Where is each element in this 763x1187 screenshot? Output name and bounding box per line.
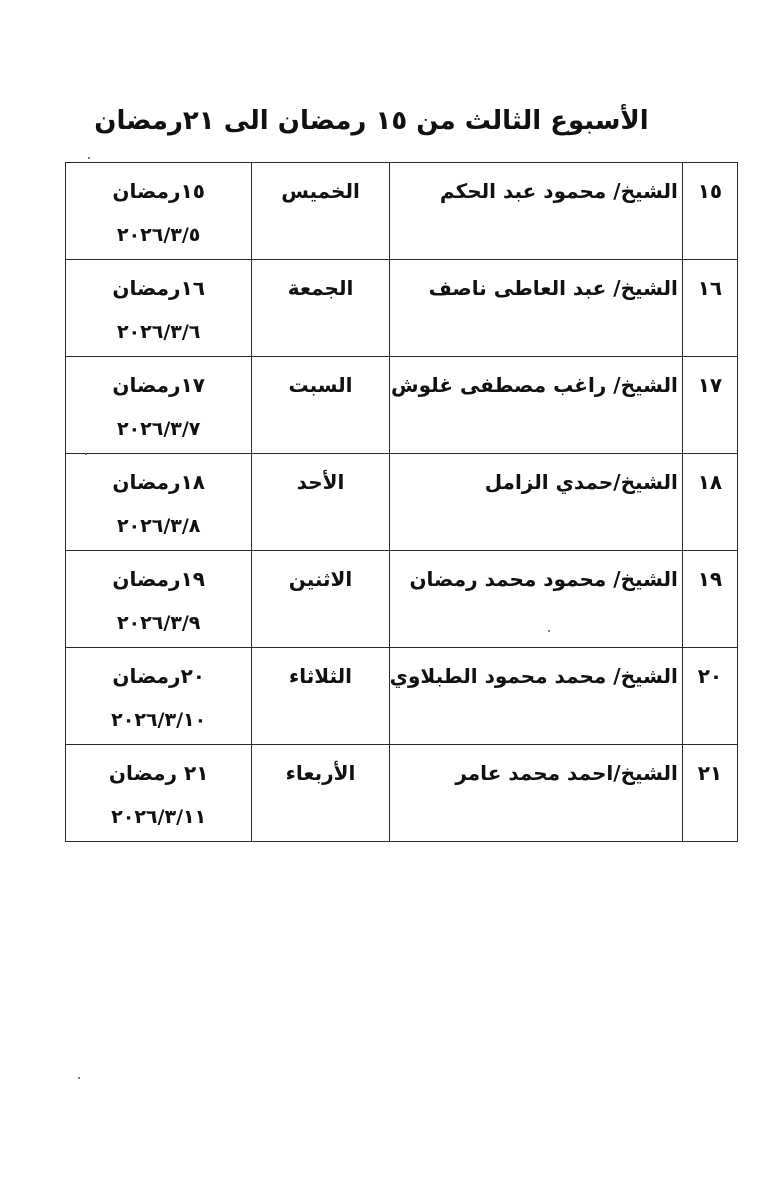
date-cell: ١٩رمضان ٢٠٢٦/٣/٩: [66, 551, 252, 648]
reciter-name: الشيخ/ محمود عبد الحكم: [389, 163, 682, 260]
reciter-name: الشيخ/ محمود محمد رمضان: [389, 551, 682, 648]
day-name: الأحد: [252, 454, 389, 551]
table-row: ٢١ الشيخ/احمد محمد عامر الأربعاء ٢١ رمضا…: [66, 745, 738, 842]
row-number: ٢١: [682, 745, 737, 842]
date-cell: ٢٠رمضان ٢٠٢٦/٣/١٠: [66, 648, 252, 745]
table-row: ١٩ الشيخ/ محمود محمد رمضان الاثنين ١٩رمض…: [66, 551, 738, 648]
row-number: ٢٠: [682, 648, 737, 745]
day-name: السبت: [252, 357, 389, 454]
row-number: ١٥: [682, 163, 737, 260]
hijri-date: ١٦رمضان: [66, 274, 251, 302]
table-row: ٢٠ الشيخ/ محمد محمود الطبلاوي الثلاثاء ٢…: [66, 648, 738, 745]
reciter-name: الشيخ/ محمد محمود الطبلاوي: [389, 648, 682, 745]
scan-speck: [548, 630, 550, 632]
day-name: الخميس: [252, 163, 389, 260]
gregorian-date: ٢٠٢٦/٣/١١: [66, 805, 251, 829]
day-name: الثلاثاء: [252, 648, 389, 745]
reciter-name: الشيخ/حمدي الزامل: [389, 454, 682, 551]
schedule-table: ١٥ الشيخ/ محمود عبد الحكم الخميس ١٥رمضان…: [65, 162, 738, 842]
reciter-name: الشيخ/ راغب مصطفى غلوش: [389, 357, 682, 454]
row-number: ١٦: [682, 260, 737, 357]
hijri-date: ١٨رمضان: [66, 468, 251, 496]
hijri-date: ٢٠رمضان: [66, 662, 251, 690]
table-row: ١٨ الشيخ/حمدي الزامل الأحد ١٨رمضان ٢٠٢٦/…: [66, 454, 738, 551]
row-number: ١٨: [682, 454, 737, 551]
gregorian-date: ٢٠٢٦/٣/١٠: [66, 708, 251, 732]
row-number: ١٩: [682, 551, 737, 648]
hijri-date: ٢١ رمضان: [66, 759, 251, 787]
gregorian-date: ٢٠٢٦/٣/٦: [66, 320, 251, 344]
day-name: الأربعاء: [252, 745, 389, 842]
gregorian-date: ٢٠٢٦/٣/٧: [66, 417, 251, 441]
gregorian-date: ٢٠٢٦/٣/٩: [66, 611, 251, 635]
hijri-date: ١٩رمضان: [66, 565, 251, 593]
table-row: ١٦ الشيخ/ عبد العاطى ناصف الجمعة ١٦رمضان…: [66, 260, 738, 357]
table-row: ١٥ الشيخ/ محمود عبد الحكم الخميس ١٥رمضان…: [66, 163, 738, 260]
date-cell: ٢١ رمضان ٢٠٢٦/٣/١١: [66, 745, 252, 842]
scan-speck: [78, 1077, 80, 1079]
date-cell: ١٨رمضان ٢٠٢٦/٣/٨: [66, 454, 252, 551]
date-cell: ١٧رمضان ٢٠٢٦/٣/٧: [66, 357, 252, 454]
day-name: الاثنين: [252, 551, 389, 648]
reciter-name: الشيخ/احمد محمد عامر: [389, 745, 682, 842]
gregorian-date: ٢٠٢٦/٣/٨: [66, 514, 251, 538]
row-number: ١٧: [682, 357, 737, 454]
reciter-name: الشيخ/ عبد العاطى ناصف: [389, 260, 682, 357]
scan-speck: [88, 157, 90, 159]
hijri-date: ١٧رمضان: [66, 371, 251, 399]
day-name: الجمعة: [252, 260, 389, 357]
date-cell: ١٥رمضان ٢٠٢٦/٣/٥: [66, 163, 252, 260]
hijri-date: ١٥رمضان: [66, 177, 251, 205]
gregorian-date: ٢٠٢٦/٣/٥: [66, 223, 251, 247]
table-row: ١٧ الشيخ/ راغب مصطفى غلوش السبت ١٧رمضان …: [66, 357, 738, 454]
date-cell: ١٦رمضان ٢٠٢٦/٣/٦: [66, 260, 252, 357]
scan-speck: [85, 453, 87, 455]
page-title: الأسبوع الثالث من ١٥ رمضان الى ٢١رمضان: [0, 106, 763, 136]
